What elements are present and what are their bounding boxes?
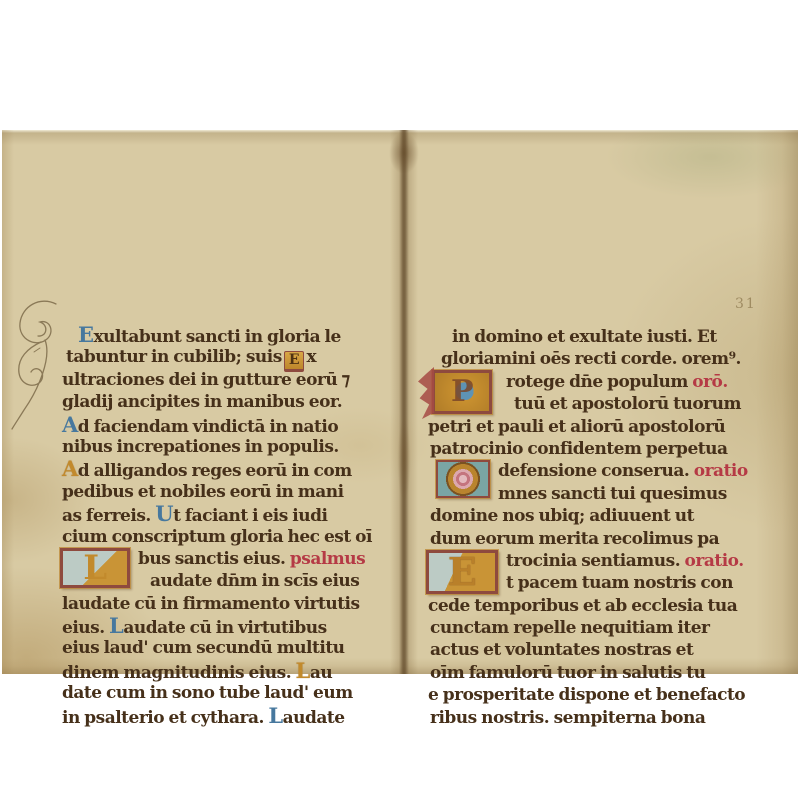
illuminated-initial-laudate: L bbox=[60, 548, 130, 588]
manuscript-line: laudate cū in firmamento virtutis bbox=[62, 593, 404, 615]
body-text: cium conscriptum gloria hec est oī bbox=[62, 527, 372, 547]
body-text: tuū et apostolorū tuorum bbox=[514, 394, 741, 414]
body-text: patrocinio confidentem perpetua bbox=[430, 439, 727, 459]
body-text: d alligandos reges eorū in com bbox=[78, 461, 352, 481]
illuminated-initial-protege: P bbox=[432, 370, 492, 414]
manuscript-line: Ad faciendam vindictā in natio bbox=[62, 414, 404, 436]
blue-initial: A bbox=[62, 412, 78, 437]
margin-pen-flourish-icon bbox=[10, 296, 66, 436]
body-text: audate dn̄m in scīs eius bbox=[150, 571, 359, 591]
manuscript-line: e prosperitate dispone et benefacto bbox=[428, 684, 746, 706]
body-text: d faciendam vindictā in natio bbox=[78, 417, 338, 437]
manuscript-line: petri et pauli et aliorū apostolorū bbox=[428, 416, 746, 438]
body-text: bus sanctis eius. bbox=[138, 549, 290, 569]
body-text: audate cū in virtutibus bbox=[123, 618, 326, 638]
body-text: gladij ancipites in manibus eor. bbox=[62, 392, 342, 412]
body-text: trocinia sentiamus. bbox=[506, 551, 685, 571]
manuscript-line: in psalterio et cythara. Laudate bbox=[62, 705, 404, 727]
body-text: x bbox=[306, 347, 316, 367]
manuscript-line: actus et voluntates nostras et bbox=[428, 639, 746, 661]
body-text: audate bbox=[283, 708, 345, 728]
body-text: rotege dn̄e populum bbox=[506, 372, 692, 392]
body-text: domine nos ubiq; adiuuent ut bbox=[430, 506, 694, 526]
manuscript-line: pedibus et nobiles eorū in mani bbox=[62, 481, 404, 503]
manuscript-line: ultraciones dei in gutture eorū ⁊ bbox=[62, 369, 404, 391]
body-text: au bbox=[310, 663, 332, 683]
gold-initial: A bbox=[62, 456, 78, 481]
body-text: in psalterio et cythara. bbox=[62, 708, 268, 728]
rubric-text: oratio. bbox=[685, 551, 744, 571]
body-text: t faciant i eis iudi bbox=[173, 506, 327, 526]
folio-number: 31 bbox=[735, 296, 757, 312]
illuminated-initial-et-pacem: E bbox=[426, 550, 498, 594]
body-text: petri et pauli et aliorū apostolorū bbox=[428, 417, 725, 437]
manuscript-line: dinem magnitudinis eius. Lau bbox=[62, 660, 404, 682]
body-text: gloriamini oēs recti corde. orem⁹. bbox=[441, 349, 741, 369]
body-text: laudate cū in firmamento virtutis bbox=[62, 594, 360, 614]
body-text: cunctam repelle nequitiam iter bbox=[430, 618, 710, 638]
manuscript-line: Ad alligandos reges eorū in com bbox=[62, 458, 404, 480]
rubric-text: orō. bbox=[692, 372, 728, 392]
gold-initial: L bbox=[296, 658, 310, 683]
manuscript-line: gladij ancipites in manibus eor. bbox=[62, 391, 404, 413]
left-page-text-block: L Exultabunt sancti in gloria letabuntur… bbox=[62, 324, 404, 727]
body-text: tabuntur in cubilib; suis bbox=[66, 347, 282, 367]
body-text: ribus nostris. sempiterna bona bbox=[430, 708, 705, 728]
manuscript-line: as ferreis. Ut faciant i eis iudi bbox=[62, 503, 404, 525]
rubric-text: psalmus bbox=[290, 549, 365, 569]
body-text: t pacem tuam nostris con bbox=[506, 573, 733, 593]
manuscript-line: patrocinio confidentem perpetua bbox=[428, 438, 746, 460]
blue-initial: L bbox=[268, 703, 282, 728]
body-text: mnes sancti tui quesimus bbox=[498, 484, 727, 504]
manuscript-line: eius. Laudate cū in virtutibus bbox=[62, 615, 404, 637]
body-text: eius. bbox=[62, 618, 109, 638]
manuscript-line: cede temporibus et ab ecclesia tua bbox=[428, 595, 746, 617]
manuscript-photo: 31 L Exultabunt sancti in gloria letabun… bbox=[2, 130, 798, 674]
blue-initial: E bbox=[78, 322, 94, 347]
body-text: defensione conserua. bbox=[498, 461, 694, 481]
body-text: date cum in sono tube laud' eum bbox=[62, 683, 353, 703]
manuscript-line: in domino et exultate iusti. Et bbox=[428, 326, 746, 348]
body-text: ultraciones dei in gutture eorū ⁊ bbox=[62, 370, 350, 390]
body-text: dum eorum merita recolimus pa bbox=[430, 529, 719, 549]
body-text: eius laud' cum secundū multitu bbox=[62, 638, 345, 658]
rubric-text: oratio bbox=[694, 461, 748, 481]
manuscript-line: oīm famulorū tuor in salutis tu bbox=[428, 662, 746, 684]
manuscript-line: cunctam repelle nequitiam iter bbox=[428, 617, 746, 639]
body-text: actus et voluntates nostras et bbox=[430, 640, 693, 660]
manuscript-line: Exultabunt sancti in gloria le bbox=[62, 324, 404, 346]
illuminated-initial-omnes: O bbox=[436, 460, 490, 498]
manuscript-line: cium conscriptum gloria hec est oī bbox=[62, 526, 404, 548]
right-page-text-block: P O E in domino et exultate iusti. Etglo… bbox=[428, 326, 746, 729]
body-text: dinem magnitudinis eius. bbox=[62, 663, 296, 683]
manuscript-line: gloriamini oēs recti corde. orem⁹. bbox=[428, 348, 746, 370]
blue-initial: U bbox=[155, 501, 173, 526]
body-text: in domino et exultate iusti. Et bbox=[452, 327, 717, 347]
body-text: nibus increpationes in populis. bbox=[62, 437, 339, 457]
body-text: xultabunt sancti in gloria le bbox=[94, 327, 341, 347]
body-text: e prosperitate dispone et benefacto bbox=[428, 685, 745, 705]
manuscript-line: tabuntur in cubilib; suisEx bbox=[62, 346, 404, 368]
blue-initial: L bbox=[109, 613, 123, 638]
manuscript-line: nibus increpationes in populis. bbox=[62, 436, 404, 458]
body-text: oīm famulorū tuor in salutis tu bbox=[430, 663, 706, 683]
manuscript-line: dum eorum merita recolimus pa bbox=[428, 528, 746, 550]
gutter-top-stain bbox=[382, 132, 426, 192]
manuscript-line: date cum in sono tube laud' eum bbox=[62, 682, 404, 704]
manuscript-line: eius laud' cum secundū multitu bbox=[62, 637, 404, 659]
body-text: cede temporibus et ab ecclesia tua bbox=[428, 596, 737, 616]
body-text: as ferreis. bbox=[62, 506, 155, 526]
manuscript-line: domine nos ubiq; adiuuent ut bbox=[428, 505, 746, 527]
manuscript-line: ribus nostris. sempiterna bona bbox=[428, 707, 746, 729]
body-text: pedibus et nobiles eorū in mani bbox=[62, 482, 344, 502]
